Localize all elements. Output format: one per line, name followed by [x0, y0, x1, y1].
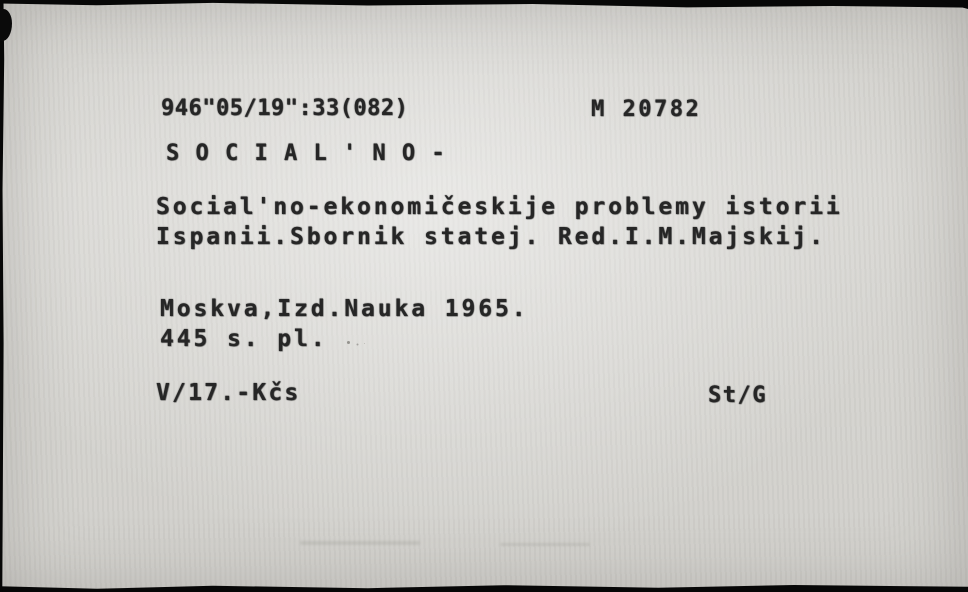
main-entry-heading: S O C I A L ' N O - [166, 141, 446, 166]
accession-number: M 20782 [591, 97, 701, 122]
faint-ink-smudge [500, 543, 590, 546]
faint-dot-trail [347, 341, 350, 344]
price-code: V/17.-Kčs [156, 380, 300, 406]
faint-ink-smudge [300, 541, 420, 545]
title-statement-line-2: Ispanii.Sbornik statej. Red.I.M.Majskij. [156, 224, 826, 250]
shelf-code: St/G [708, 383, 767, 408]
imprint-line-2: 445 s. pl. [160, 326, 327, 352]
title-statement-line-1: Social'no-ekonomičeskije problemy istori… [156, 194, 843, 220]
classification-number: 946"05/19":33(082) [161, 96, 408, 121]
imprint-line-1: Moskva,Izd.Nauka 1965. [160, 296, 528, 322]
catalog-card: 946"05/19":33(082) M 20782 S O C I A L '… [0, 0, 968, 592]
